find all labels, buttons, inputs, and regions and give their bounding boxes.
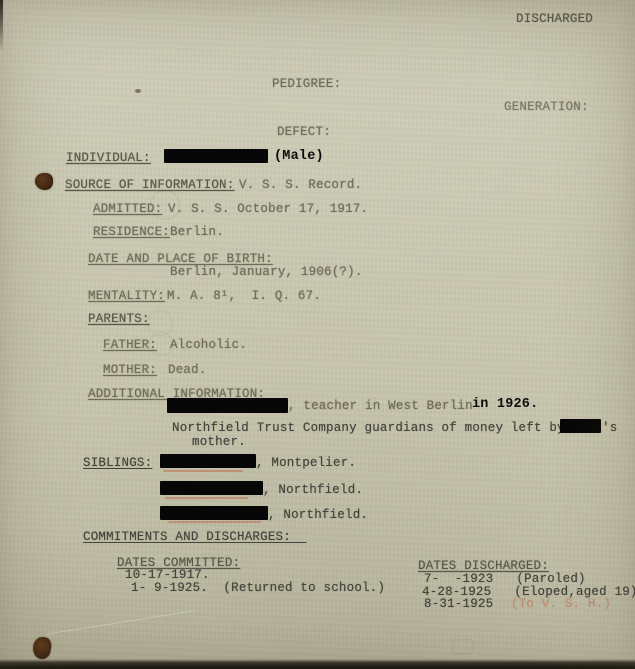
additional-line2-suffix: 's	[602, 422, 617, 435]
paper-crease	[46, 610, 194, 634]
siblings-label: SIBLINGS:	[83, 457, 152, 470]
redaction-block-additional-name2	[560, 419, 601, 433]
mother-value: Dead.	[168, 364, 207, 377]
mentality-value: M. A. 8¹, I. Q. 67.	[167, 290, 321, 303]
mother-label: MOTHER:	[103, 364, 157, 377]
parents-label: PARENTS:	[88, 313, 150, 326]
discharged-stamp: DISCHARGED	[516, 13, 593, 26]
additional-line3: mother.	[192, 436, 246, 449]
red-pencil-underline-1	[163, 470, 243, 472]
sibling-row-2: , Northfield.	[263, 484, 363, 497]
ink-blot-spot-lower	[32, 636, 53, 660]
discharged-row-3: 8-31-1925	[424, 598, 493, 611]
paper-speck	[135, 89, 141, 93]
birth-value: Berlin, January, 1906(?).	[170, 266, 363, 279]
additional-line2: Northfield Trust Company guardians of mo…	[172, 422, 565, 435]
father-value: Alcoholic.	[170, 339, 247, 352]
faint-stamp-mark	[452, 639, 473, 654]
scan-edge-left	[0, 0, 3, 52]
additional-line1-added: in 1926.	[472, 398, 538, 411]
redaction-block-sibling-3	[160, 506, 268, 520]
ink-blot-spot-upper	[35, 173, 53, 190]
red-pencil-underline-2	[165, 497, 248, 499]
redaction-block-additional-name	[167, 398, 288, 413]
redaction-block-individual-name	[164, 149, 268, 163]
source-value: V. S. S. Record.	[239, 179, 362, 192]
mentality-label: MENTALITY:	[88, 290, 165, 303]
redaction-block-sibling-2	[160, 481, 263, 495]
embossed-stamp-ring-3	[149, 332, 173, 356]
additional-line1: , teacher in West Berlin	[288, 400, 473, 413]
scanned-document-page: DISCHARGED PEDIGREE: GENERATION: DEFECT:…	[0, 0, 635, 669]
residence-value: Berlin.	[170, 226, 224, 239]
scan-edge-bottom	[0, 659, 635, 669]
residence-label: RESIDENCE:	[93, 226, 170, 239]
individual-label: INDIVIDUAL:	[66, 152, 151, 165]
admitted-value: V. S. S. October 17, 1917.	[168, 203, 368, 216]
discharged-row-3-faint-note: (To V. S. H.)	[511, 598, 611, 611]
defect-label: DEFECT:	[277, 126, 331, 139]
sibling-row-3: , Northfield.	[268, 509, 368, 522]
generation-label: GENERATION:	[504, 101, 589, 114]
individual-sex: (Male)	[274, 150, 324, 163]
embossed-stamp-ring-1	[150, 190, 180, 220]
committed-row-2: 1- 9-1925. (Returned to school.)	[131, 582, 385, 595]
source-label: SOURCE OF INFORMATION:	[65, 179, 234, 192]
pedigree-label: PEDIGREE:	[272, 78, 341, 91]
sibling-row-1: , Montpelier.	[256, 457, 356, 470]
redaction-block-sibling-1	[160, 454, 256, 468]
red-pencil-underline-3	[168, 521, 261, 523]
commitments-label: COMMITMENTS AND DISCHARGES:	[83, 531, 306, 544]
